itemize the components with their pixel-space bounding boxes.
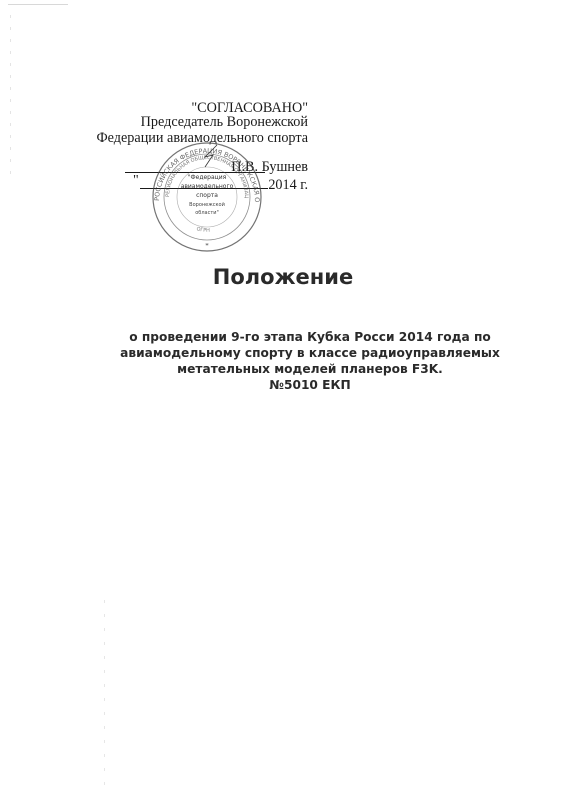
document-subtitle: о проведении 9-го этапа Кубка Росси 2014… bbox=[120, 329, 500, 393]
stamp-center-line-1: "Федерация bbox=[188, 174, 227, 181]
approval-date-quote: " bbox=[133, 173, 139, 189]
scan-margin-artifact bbox=[104, 600, 105, 795]
subtitle-line-1: о проведении 9-го этапа Кубка Росси 2014… bbox=[120, 329, 500, 345]
svg-text:*: * bbox=[205, 242, 209, 250]
stamp-bottom-text: ОГРН bbox=[196, 226, 210, 233]
stamp-center-line-5: области" bbox=[195, 210, 219, 216]
stamp-center-line-2: авиамодельного bbox=[181, 183, 234, 190]
document-title: Положение bbox=[0, 265, 566, 289]
approval-date-year: 2014 г. bbox=[268, 178, 308, 192]
subtitle-line-2: авиамодельному спорту в классе радиоупра… bbox=[120, 345, 500, 361]
scan-edge-artifact bbox=[8, 4, 68, 5]
svg-text:ОГРН: ОГРН bbox=[196, 226, 210, 233]
subtitle-line-4: №5010 ЕКП bbox=[120, 377, 500, 393]
stamp-center-line-4: Воронежской bbox=[189, 201, 225, 208]
subtitle-line-3: метательных моделей планеров F3K. bbox=[120, 361, 500, 377]
organization-stamp: РОССИЙСКАЯ ФЕДЕРАЦИЯ ВОРОНЕЖСКАЯ ОБЛАСТЬ… bbox=[145, 135, 270, 253]
stamp-center-line-3: спорта bbox=[196, 192, 218, 199]
approval-position-line-1: Председатель Воронежской bbox=[141, 115, 308, 129]
scan-margin-artifact bbox=[10, 15, 11, 175]
